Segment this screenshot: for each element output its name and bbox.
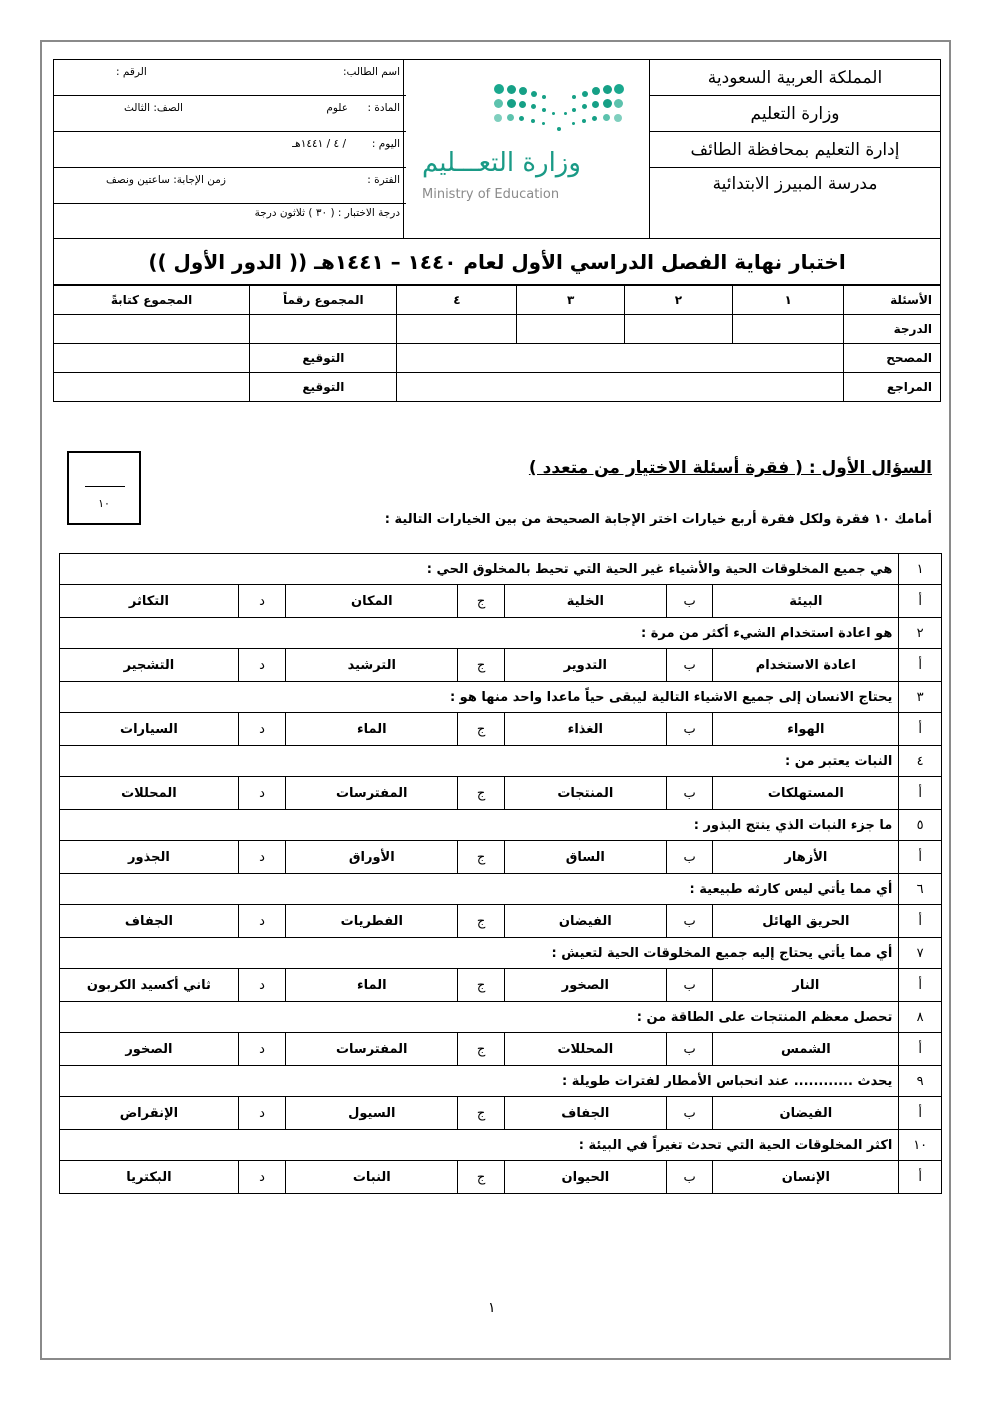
question-number: ١ bbox=[899, 554, 942, 585]
question-text: يحدث ............ عند انحباس الأمطار لفت… bbox=[60, 1066, 899, 1097]
question-number: ٥ bbox=[899, 810, 942, 841]
option-letter: د bbox=[238, 905, 285, 938]
grade-total-numeric-cell[interactable] bbox=[250, 315, 397, 344]
grade-q2-cell[interactable] bbox=[625, 315, 733, 344]
option-letter: ج bbox=[458, 777, 504, 810]
ministry-name: وزارة التعليم bbox=[650, 96, 940, 132]
option-answer[interactable]: الجذور bbox=[60, 841, 239, 874]
option-letter: د bbox=[238, 1033, 285, 1066]
question-number: ٣ bbox=[899, 682, 942, 713]
options-row: أالبيئةبالخليةجالمكاندالتكاثر bbox=[60, 585, 942, 618]
options-row: أالإنسانبالحيوانجالنباتدالبكتريا bbox=[60, 1161, 942, 1194]
option-letter: أ bbox=[899, 905, 942, 938]
logo-english-text: Ministry of Education bbox=[422, 187, 559, 202]
question-row: ٢هو اعادة استخدام الشيء أكثر من مرة : bbox=[60, 618, 942, 649]
option-answer[interactable]: الحريق الهائل bbox=[713, 905, 899, 938]
option-answer[interactable]: التشجير bbox=[60, 649, 239, 682]
question-number: ٢ bbox=[899, 618, 942, 649]
option-answer[interactable]: النبات bbox=[286, 1161, 458, 1194]
section-title: السؤال الأول : ( فقرة أسئلة الاختيار من … bbox=[529, 458, 932, 478]
option-answer[interactable]: الصخور bbox=[504, 969, 666, 1002]
option-answer[interactable]: المستهلكات bbox=[713, 777, 899, 810]
page-number: ١ bbox=[488, 1300, 496, 1316]
option-answer[interactable]: الشمس bbox=[713, 1033, 899, 1066]
option-answer[interactable]: الساق bbox=[504, 841, 666, 874]
question-text: ما جزء النبات الذي ينتج البذور : bbox=[60, 810, 899, 841]
corrector-name-cell[interactable] bbox=[397, 344, 844, 373]
option-letter: أ bbox=[899, 777, 942, 810]
option-letter: أ bbox=[899, 1033, 942, 1066]
options-row: أالهواءبالغذاءجالماءدالسيارات bbox=[60, 713, 942, 746]
subject-label: المادة : bbox=[368, 102, 400, 114]
option-letter: د bbox=[238, 1097, 285, 1130]
question-row: ٨تحصل معظم المنتجات على الطاقة من : bbox=[60, 1002, 942, 1033]
options-row: أالناربالصخورجالماءدثاني أكسيد الكربون bbox=[60, 969, 942, 1002]
period-label: الفترة : bbox=[367, 174, 400, 186]
option-answer[interactable]: الأزهار bbox=[713, 841, 899, 874]
reviewer-label: المراجع bbox=[844, 373, 941, 402]
option-letter: ب bbox=[666, 905, 713, 938]
option-letter: ب bbox=[666, 1097, 713, 1130]
option-letter: ج bbox=[458, 649, 504, 682]
question-text: هو اعادة استخدام الشيء أكثر من مرة : bbox=[60, 618, 899, 649]
option-answer[interactable]: الماء bbox=[286, 713, 458, 746]
question-number: ٦ bbox=[899, 874, 942, 905]
total-numeric-header: المجموع رقماً bbox=[250, 286, 397, 315]
question-row: ٧أي مما يأتي يحتاج إليه جميع المخلوقات ا… bbox=[60, 938, 942, 969]
option-letter: أ bbox=[899, 585, 942, 618]
option-answer[interactable]: ثاني أكسيد الكربون bbox=[60, 969, 239, 1002]
option-letter: د bbox=[238, 649, 285, 682]
option-letter: ب bbox=[666, 841, 713, 874]
grade-row-label: الدرجة bbox=[844, 315, 941, 344]
option-answer[interactable]: اعادة الاستخدام bbox=[713, 649, 899, 682]
options-row: أالحريق الهائلبالفيضانجالفطرياتدالجفاف bbox=[60, 905, 942, 938]
question-text: هي جميع المخلوقات الحية والأشياء غير الح… bbox=[60, 554, 899, 585]
option-letter: ب bbox=[666, 1161, 713, 1194]
option-letter: د bbox=[238, 841, 285, 874]
question-row: ٣يحتاج الانسان إلى جميع الاشياء التالية … bbox=[60, 682, 942, 713]
question-row: ١هي جميع المخلوقات الحية والأشياء غير ال… bbox=[60, 554, 942, 585]
question-2-header: ٢ bbox=[625, 286, 733, 315]
option-answer[interactable]: الفطريات bbox=[286, 905, 458, 938]
option-letter: أ bbox=[899, 1097, 942, 1130]
option-letter: ج bbox=[458, 1033, 504, 1066]
option-answer[interactable]: المحللات bbox=[504, 1033, 666, 1066]
student-info: اسم الطالب: الرقم : المادة : علوم الصف: … bbox=[54, 60, 406, 238]
option-letter: د bbox=[238, 969, 285, 1002]
student-number-label: الرقم : bbox=[116, 66, 147, 78]
option-letter: د bbox=[238, 1161, 285, 1194]
school-name: مدرسة المبيرز الابتدائية bbox=[650, 168, 940, 244]
option-letter: ب bbox=[666, 713, 713, 746]
option-letter: ج bbox=[458, 1097, 504, 1130]
question-number: ٩ bbox=[899, 1066, 942, 1097]
option-letter: د bbox=[238, 713, 285, 746]
section-score-box: ١٠ bbox=[67, 451, 141, 525]
options-row: أالشمسبالمحللاتجالمفترساتدالصخور bbox=[60, 1033, 942, 1066]
student-name-label: اسم الطالب: bbox=[343, 66, 400, 78]
option-letter: د bbox=[238, 777, 285, 810]
kingdom-name: المملكة العربية السعودية bbox=[650, 60, 940, 96]
option-letter: أ bbox=[899, 713, 942, 746]
option-answer[interactable]: الفيضان bbox=[504, 905, 666, 938]
grade-q3-cell[interactable] bbox=[517, 315, 625, 344]
exam-total-score: درجة الاختبار : ( ٣٠ ) ثلاثون درجة bbox=[255, 207, 400, 219]
section-instructions: أمامك ١٠ فقرة ولكل فقرة أربع خيارات اختر… bbox=[385, 512, 932, 527]
grade-total-written-cell[interactable] bbox=[54, 315, 250, 344]
question-1-header: ١ bbox=[732, 286, 844, 315]
question-number: ١٠ bbox=[899, 1130, 942, 1161]
option-letter: ب bbox=[666, 777, 713, 810]
question-text: تحصل معظم المنتجات على الطاقة من : bbox=[60, 1002, 899, 1033]
logo-arabic-text: وزارة التعـــليم bbox=[422, 148, 581, 178]
option-answer[interactable]: الخلية bbox=[504, 585, 666, 618]
subject-value: علوم bbox=[326, 102, 348, 114]
option-answer[interactable]: الفيضان bbox=[713, 1097, 899, 1130]
grades-table: الأسئلة ١ ٢ ٣ ٤ المجموع رقماً المجموع كت… bbox=[53, 285, 941, 402]
corrector-signature-cell[interactable] bbox=[54, 344, 250, 373]
option-letter: ب bbox=[666, 585, 713, 618]
option-answer[interactable]: الترشيد bbox=[286, 649, 458, 682]
option-letter: ج bbox=[458, 585, 504, 618]
options-row: أالفيضانبالجفافجالسيولدالإنقراض bbox=[60, 1097, 942, 1130]
question-4-header: ٤ bbox=[397, 286, 517, 315]
option-answer[interactable]: المنتجات bbox=[504, 777, 666, 810]
section-max-score: ١٠ bbox=[69, 497, 139, 510]
option-letter: ب bbox=[666, 649, 713, 682]
option-answer[interactable]: الإنقراض bbox=[60, 1097, 239, 1130]
option-answer[interactable]: التكاثر bbox=[60, 585, 239, 618]
options-row: أاعادة الاستخدامبالتدويرجالترشيددالتشجير bbox=[60, 649, 942, 682]
question-row: ١٠اكثر المخلوقات الحية التي تحدث تغيراً … bbox=[60, 1130, 942, 1161]
option-answer[interactable]: الحيوان bbox=[504, 1161, 666, 1194]
option-answer[interactable]: المفترسات bbox=[286, 777, 458, 810]
question-number: ٤ bbox=[899, 746, 942, 777]
option-answer[interactable]: المحللات bbox=[60, 777, 239, 810]
option-answer[interactable]: الغذاء bbox=[504, 713, 666, 746]
day-label: اليوم : bbox=[372, 138, 400, 150]
option-letter: أ bbox=[899, 1161, 942, 1194]
question-number: ٧ bbox=[899, 938, 942, 969]
option-answer[interactable]: البكتريا bbox=[60, 1161, 239, 1194]
option-letter: ج bbox=[458, 905, 504, 938]
option-letter: أ bbox=[899, 969, 942, 1002]
question-3-header: ٣ bbox=[517, 286, 625, 315]
option-letter: ب bbox=[666, 969, 713, 1002]
option-letter: ج bbox=[458, 713, 504, 746]
question-row: ٦أي مما يأتي ليس كارثه طبيعية : bbox=[60, 874, 942, 905]
question-text: اكثر المخلوقات الحية التي تحدث تغيراً في… bbox=[60, 1130, 899, 1161]
grade-q1-cell[interactable] bbox=[732, 315, 844, 344]
question-row: ٤النبات يعتبر من : bbox=[60, 746, 942, 777]
corrector-signature-label: التوقيع bbox=[250, 344, 397, 373]
option-answer[interactable]: التدوير bbox=[504, 649, 666, 682]
grade-q4-cell[interactable] bbox=[397, 315, 517, 344]
question-text: أي مما يأتي يحتاج إليه جميع المخلوقات ال… bbox=[60, 938, 899, 969]
reviewer-signature-cell[interactable] bbox=[54, 373, 250, 402]
question-text: أي مما يأتي ليس كارثه طبيعية : bbox=[60, 874, 899, 905]
option-answer[interactable]: النار bbox=[713, 969, 899, 1002]
option-letter: أ bbox=[899, 649, 942, 682]
education-department: إدارة التعليم بمحافظة الطائف bbox=[650, 132, 940, 168]
header-block: المملكة العربية السعودية وزارة التعليم إ… bbox=[53, 59, 941, 239]
exam-title: اختبار نهاية الفصل الدراسي الأول لعام ١٤… bbox=[53, 239, 941, 285]
option-answer[interactable]: السيارات bbox=[60, 713, 239, 746]
score-line bbox=[85, 486, 125, 487]
question-text: النبات يعتبر من : bbox=[60, 746, 899, 777]
institution-info: المملكة العربية السعودية وزارة التعليم إ… bbox=[649, 60, 940, 238]
reviewer-name-cell[interactable] bbox=[397, 373, 844, 402]
option-letter: ج bbox=[458, 1161, 504, 1194]
question-text: يحتاج الانسان إلى جميع الاشياء التالية ل… bbox=[60, 682, 899, 713]
question-row: ٩يحدث ............ عند انحباس الأمطار لف… bbox=[60, 1066, 942, 1097]
option-letter: ج bbox=[458, 841, 504, 874]
answer-duration: زمن الإجابة: ساعتين ونصف bbox=[106, 174, 226, 186]
option-answer[interactable]: الهواء bbox=[713, 713, 899, 746]
option-answer[interactable]: الجفاف bbox=[504, 1097, 666, 1130]
question-row: ٥ما جزء النبات الذي ينتج البذور : bbox=[60, 810, 942, 841]
questions-header: الأسئلة bbox=[844, 286, 941, 315]
option-letter: أ bbox=[899, 841, 942, 874]
option-answer[interactable]: الماء bbox=[286, 969, 458, 1002]
option-answer[interactable]: الجفاف bbox=[60, 905, 239, 938]
option-answer[interactable]: الصخور bbox=[60, 1033, 239, 1066]
corrector-label: المصحح bbox=[844, 344, 941, 373]
option-letter: د bbox=[238, 585, 285, 618]
exam-date: / ٤ / ١٤٤١هـ bbox=[292, 138, 346, 150]
grade-level: الصف: الثالث bbox=[124, 102, 183, 114]
reviewer-signature-label: التوقيع bbox=[250, 373, 397, 402]
total-written-header: المجموع كتابةً bbox=[54, 286, 250, 315]
option-answer[interactable]: المفترسات bbox=[286, 1033, 458, 1066]
option-answer[interactable]: الأوراق bbox=[286, 841, 458, 874]
option-answer[interactable]: البيئة bbox=[713, 585, 899, 618]
logo-dots-icon bbox=[494, 84, 624, 144]
ministry-logo: وزارة التعـــليم Ministry of Education bbox=[403, 60, 650, 238]
option-answer[interactable]: السيول bbox=[286, 1097, 458, 1130]
option-answer[interactable]: الإنسان bbox=[713, 1161, 899, 1194]
options-row: أالأزهاربالساقجالأوراقدالجذور bbox=[60, 841, 942, 874]
question-number: ٨ bbox=[899, 1002, 942, 1033]
option-letter: ب bbox=[666, 1033, 713, 1066]
mcq-table: ١هي جميع المخلوقات الحية والأشياء غير ال… bbox=[59, 553, 942, 1194]
option-answer[interactable]: المكان bbox=[286, 585, 458, 618]
options-row: أالمستهلكاتبالمنتجاتجالمفترساتدالمحللات bbox=[60, 777, 942, 810]
option-letter: ج bbox=[458, 969, 504, 1002]
